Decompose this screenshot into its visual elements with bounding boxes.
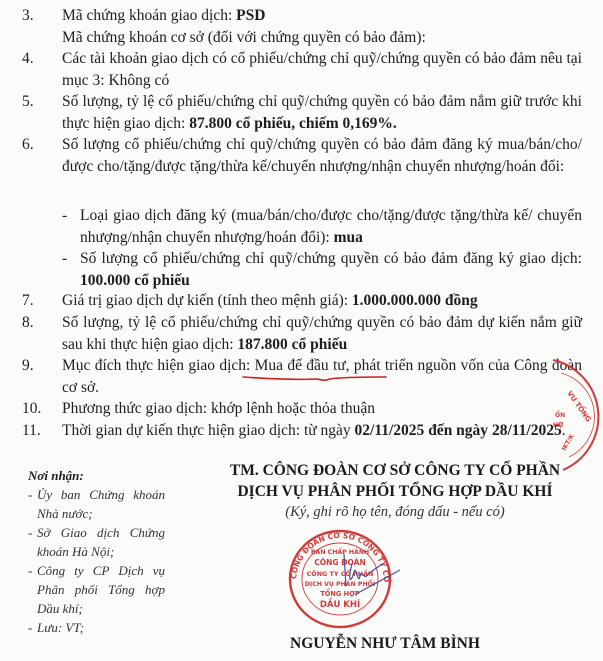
item-7: 7. Giá trị giao dịch dự kiến (tính theo … (22, 290, 582, 312)
underlying-code-line: Mã chứng khoán cơ sở (đối với chứng quyề… (62, 27, 582, 49)
red-underline-annotation (242, 374, 387, 382)
svg-text:DẦU KHÍ: DẦU KHÍ (320, 597, 360, 610)
dash: - (62, 248, 80, 270)
org-line-2: DỊCH VỤ PHÂN PHỐI TỔNG HỢP DẦU KHÍ (205, 481, 585, 502)
recipient-item: -Công ty CP Dịch vụ Phân phối Tổng hợp D… (28, 561, 165, 618)
item-3: 3. Mã chứng khoán giao dịch: PSD Mã chứn… (22, 5, 582, 48)
org-line-1: TM. CÔNG ĐOÀN CƠ SỞ CÔNG TY CỔ PHẦN (205, 460, 585, 481)
item-text: Các tài khoản giao dịch có cổ phiếu/chứn… (62, 48, 582, 91)
item-number: 10. (22, 398, 62, 420)
recipient-item: -Ủy ban Chứng khoán Nhà nước; (28, 485, 165, 523)
signer-name: NGUYỄN NHƯ TÂM BÌNH (290, 635, 480, 653)
item-number: 6. (22, 134, 62, 156)
item-number: 7. (22, 290, 62, 312)
sub-item-label: Số lượng cổ phiếu/chứng chỉ quỹ/chứng qu… (80, 250, 582, 267)
item-number: 11. (22, 420, 62, 442)
item-text: Phương thức giao dịch: khớp lệnh hoặc th… (62, 398, 582, 420)
recipients-block: Nơi nhận: -Ủy ban Chứng khoán Nhà nước; … (28, 466, 165, 637)
item-number: 3. (22, 5, 62, 27)
item-label: Mã chứng khoán giao dịch: (62, 7, 236, 24)
recipient-item: -Sở Giao dịch Chứng khoán Hà Nội; (28, 523, 165, 561)
signature-block: TM. CÔNG ĐOÀN CƠ SỞ CÔNG TY CỔ PHẦN DỊCH… (205, 460, 585, 523)
date-from: 02/11/2025 (355, 422, 425, 439)
official-stamp: CÔNG ĐOÀN CƠ SỞ CÔNG TY CỔ PHẦN DỊCH VỤ … (282, 524, 400, 634)
item-11: 11. Thời gian dự kiến thực hiện giao dịc… (22, 420, 582, 442)
item-8: 8. Số lượng, tỷ lệ cổ phiếu/chứng chỉ qu… (22, 312, 582, 355)
holding-after: 187.800 cổ phiếu (237, 336, 347, 353)
item-10: 10. Phương thức giao dịch: khớp lệnh hoặ… (22, 398, 582, 420)
item-text: Số lượng cổ phiếu/chứng chỉ quỹ/chứng qu… (62, 134, 582, 177)
item-number: 4. (22, 48, 62, 70)
item-number: 9. (22, 355, 62, 377)
sub-item-transaction-type: - Loại giao dịch đăng ký (mua/bán/cho/đư… (62, 205, 582, 248)
document-page: 3. Mã chứng khoán giao dịch: PSD Mã chứn… (0, 0, 603, 661)
item-4: 4. Các tài khoản giao dịch có cổ phiếu/c… (22, 48, 582, 91)
holding-before: 87.800 cổ phiếu, chiếm 0,169%. (189, 115, 397, 132)
svg-text:CÔNG ĐOÀN: CÔNG ĐOÀN (314, 558, 365, 567)
item-label: Giá trị giao dịch dự kiến (tính theo mện… (62, 292, 352, 309)
sub-item-registered-quantity: - Số lượng cổ phiếu/chứng chỉ quỹ/chứng … (62, 248, 582, 291)
svg-text:HỢ: HỢ (553, 422, 564, 429)
item-5: 5. Số lượng, tỷ lệ cổ phiếu/chứng chỉ qu… (22, 91, 582, 134)
sub-item-label: Loại giao dịch đăng ký (mua/bán/cho/được… (80, 207, 582, 246)
svg-text:ỔN: ỔN (555, 411, 565, 419)
svg-text:CÔNG TY CỔ PHẦN: CÔNG TY CỔ PHẦN (307, 568, 374, 578)
svg-text:BAN CHẤP HÀNH: BAN CHẤP HÀNH (311, 546, 369, 556)
stock-code: PSD (236, 7, 265, 24)
recipient-item: -Lưu: VT; (28, 618, 165, 637)
item-label: Mục đích thực hiện giao dịch: (62, 357, 255, 374)
transaction-value: 1.000.000.000 đồng (352, 292, 478, 309)
partial-stamp-right: VU TỔNG ỔN HỢ IKT/K (543, 355, 603, 475)
item-number: 5. (22, 91, 62, 113)
svg-text:TỔNG HỢP: TỔNG HỢP (320, 588, 360, 598)
item-label: Thời gian dự kiến thực hiện giao dịch: t… (62, 422, 355, 439)
item-6: 6. Số lượng cổ phiếu/chứng chỉ quỹ/chứng… (22, 134, 582, 177)
svg-text:DỊCH VỤ PHÂN PHỐI: DỊCH VỤ PHÂN PHỐI (305, 578, 375, 588)
dash: - (62, 205, 80, 227)
transaction-type: mua (334, 229, 363, 246)
signature-hint: (Ký, ghi rõ họ tên, đóng dấu - nếu có) (205, 502, 585, 523)
svg-text:VU TỔNG: VU TỔNG (565, 388, 594, 423)
svg-text:IKT/K: IKT/K (561, 433, 576, 452)
date-connector: đến ngày (424, 422, 492, 439)
item-number: 8. (22, 312, 62, 334)
recipients-title: Nơi nhận: (28, 466, 165, 485)
registered-quantity: 100.000 cổ phiếu (80, 272, 190, 289)
